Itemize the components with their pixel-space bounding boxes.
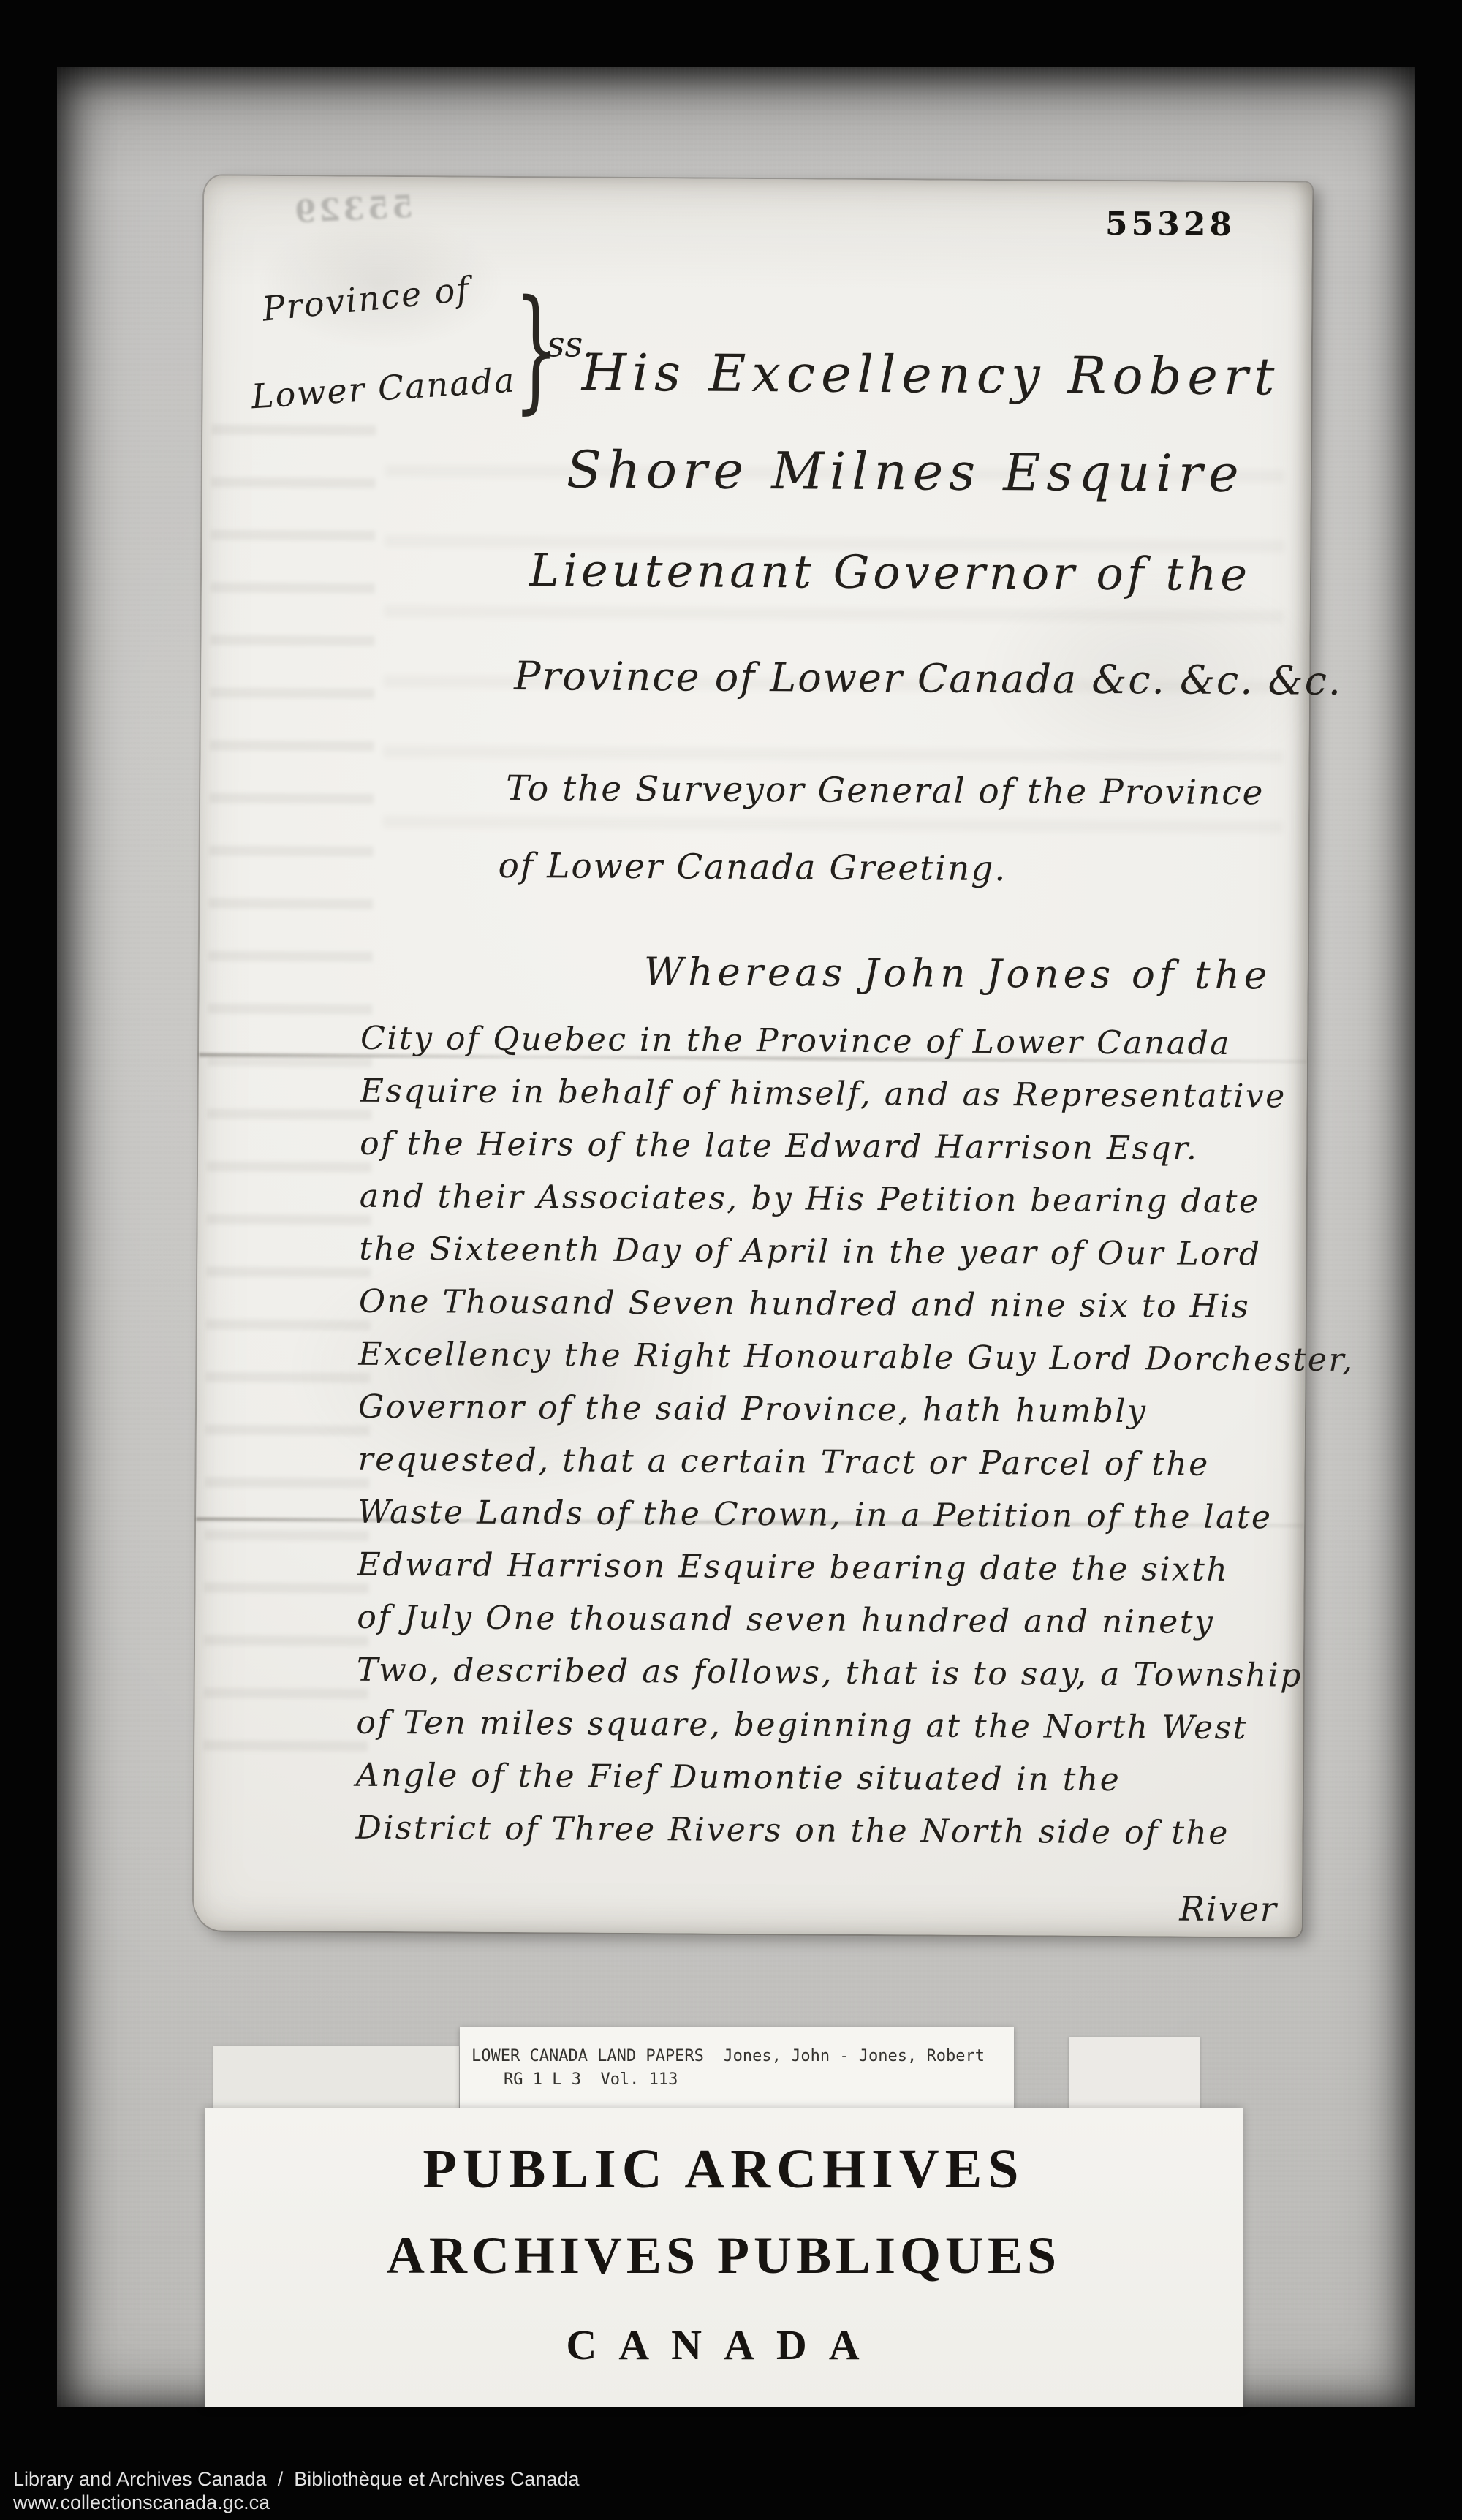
body-line: Waste Lands of the Crown, in a Petition …	[357, 1494, 1273, 1537]
heading-line-2: Shore Milnes Esquire	[567, 439, 1245, 504]
public-archives-card: PUBLIC ARCHIVES ARCHIVES PUBLIQUES CANAD…	[205, 2108, 1243, 2407]
footer-attribution: Library and Archives Canada / Bibliothèq…	[13, 2468, 579, 2491]
body-line: District of Three Rivers on the North si…	[355, 1809, 1230, 1852]
ghost-stamp-number: 55329	[291, 189, 414, 230]
catchword: River	[1179, 1889, 1278, 1929]
card-corner-right	[1069, 2037, 1200, 2110]
body-line: Edward Harrison Esquire bearing date the…	[357, 1546, 1230, 1589]
body-line: Governor of the said Province, hath humb…	[358, 1388, 1148, 1431]
heading-line-3: Lieutenant Governor of the	[529, 543, 1251, 601]
reference-slip-title: LOWER CANADA LAND PAPERS Jones, John - J…	[471, 2047, 985, 2065]
body-line: Esquire in behalf of himself, and as Rep…	[360, 1072, 1287, 1116]
archival-scan: 55329 55328 Province of Lower Canada } s…	[0, 0, 1462, 2520]
body-line: of the Heirs of the late Edward Harrison…	[360, 1125, 1199, 1168]
body-line: of July One thousand seven hundred and n…	[357, 1599, 1214, 1641]
body-line: Two, described as follows, that is to sa…	[357, 1651, 1303, 1695]
heading-line-4: Province of Lower Canada &c. &c. &c.	[514, 653, 1342, 704]
salutation-line-2: of Lower Canada Greeting.	[498, 846, 1007, 889]
archives-card-line-english: PUBLIC ARCHIVES	[205, 2138, 1243, 2201]
page-number-stamp: 55328	[1105, 205, 1235, 243]
salutation-line-1: To the Surveyor General of the Province	[506, 768, 1265, 813]
manuscript-page: 55329 55328 Province of Lower Canada } s…	[194, 175, 1313, 1937]
body-line: Angle of the Fief Dumontie situated in t…	[356, 1757, 1121, 1798]
reference-slip-call-number: RG 1 L 3 Vol. 113	[504, 2070, 678, 2089]
card-corner-left	[213, 2046, 459, 2110]
body-line: Excellency the Right Honourable Guy Lord…	[358, 1336, 1354, 1379]
body-line: City of Quebec in the Province of Lower …	[360, 1020, 1231, 1062]
footer-url: www.collectionscanada.gc.ca	[13, 2491, 270, 2514]
reference-slip: LOWER CANADA LAND PAPERS Jones, John - J…	[460, 2027, 1014, 2117]
body-line: requested, that a certain Tract or Parce…	[357, 1441, 1209, 1483]
body-opening-line: Whereas John Jones of the	[644, 950, 1272, 998]
body-line: the Sixteenth Day of April in the year o…	[359, 1230, 1261, 1274]
heading-line-1: His Excellency Robert	[581, 343, 1280, 407]
body-line: One Thousand Seven hundred and nine six …	[359, 1283, 1250, 1325]
ink-bleedthrough-left-margin	[203, 395, 376, 1770]
body-line: of Ten miles square, beginning at the No…	[356, 1704, 1248, 1747]
archives-card-line-canada: CANADA	[205, 2320, 1243, 2369]
body-line: and their Associates, by His Petition be…	[360, 1178, 1260, 1221]
archives-card-line-french: ARCHIVES PUBLIQUES	[205, 2225, 1243, 2286]
